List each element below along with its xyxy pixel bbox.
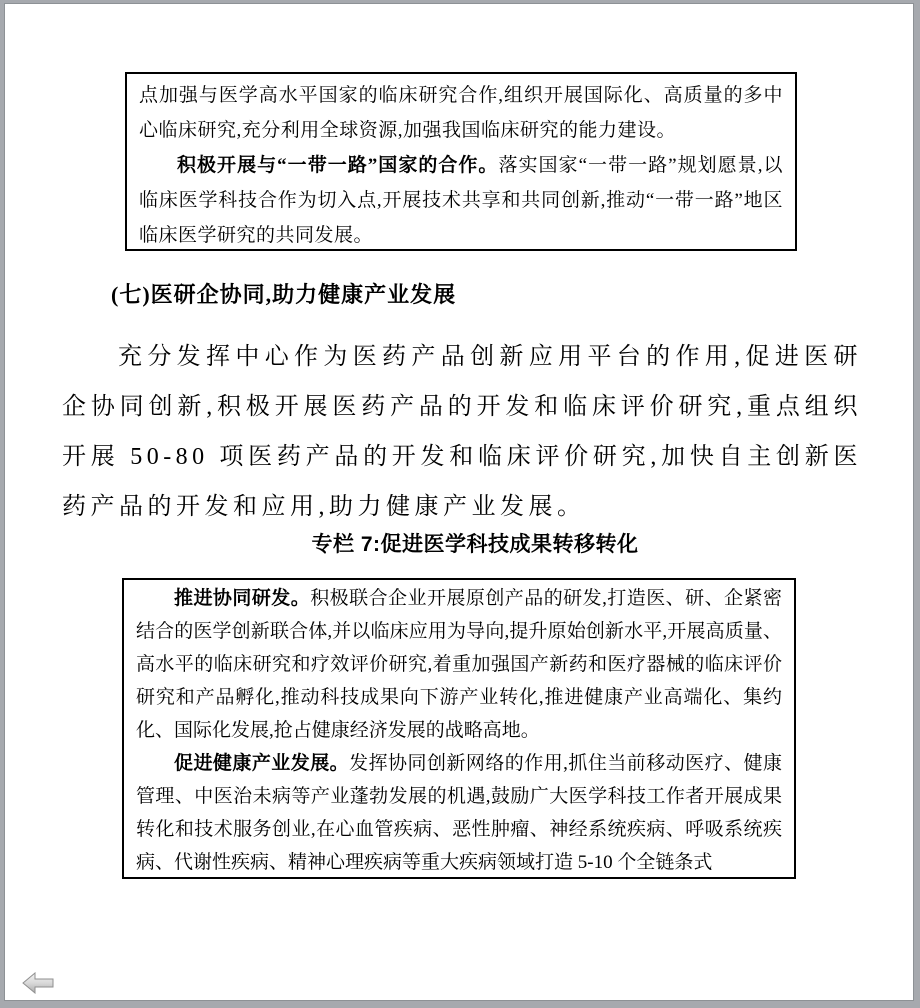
box2-paragraph-1-text: 积极联合企业开展原创产品的研发,打造医、研、企紧密结合的医学创新联合体,并以临床… — [136, 588, 782, 741]
callout-box-international-cooperation: 点加强与医学高水平国家的临床研究合作,组织开展国际化、高质量的多中心临床研究,充… — [125, 72, 797, 251]
box1-paragraph-2-lead: 积极开展与“一带一路”国家的合作。 — [177, 155, 498, 176]
previous-page-arrow-icon[interactable] — [22, 972, 54, 994]
box1-paragraph-1-text: 点加强与医学高水平国家的临床研究合作,组织开展国际化、高质量的多中心临床研究,充… — [139, 85, 783, 141]
box2-paragraph-collaborative-rd: 推进协同研发。积极联合企业开展原创产品的研发,打造医、研、企紧密结合的医学创新联… — [136, 582, 782, 747]
box1-paragraph-continuation: 点加强与医学高水平国家的临床研究合作,组织开展国际化、高质量的多中心临床研究,充… — [139, 78, 783, 148]
box2-paragraph-2-lead: 促进健康产业发展。 — [174, 753, 349, 774]
box2-paragraph-1-lead: 推进协同研发。 — [174, 588, 310, 609]
section-body-paragraph: 充分发挥中心作为医药产品创新应用平台的作用,促进医研企协同创新,积极开展医药产品… — [62, 332, 862, 532]
box2-paragraph-health-industry: 促进健康产业发展。发挥协同创新网络的作用,抓住当前移动医疗、健康管理、中医治未病… — [136, 747, 782, 879]
callout-box-column-7: 推进协同研发。积极联合企业开展原创产品的研发,打造医、研、企紧密结合的医学创新联… — [122, 578, 796, 879]
column-7-title: 专栏 7:促进医学科技成果转移转化 — [125, 528, 825, 558]
document-viewer: { "colors": { "frame_gray": "#a6a9ae", "… — [0, 0, 920, 1008]
box1-paragraph-belt-road: 积极开展与“一带一路”国家的合作。落实国家“一带一路”规划愿景,以临床医学科技合… — [139, 148, 783, 251]
section-heading-7: (七)医研企协同,助力健康产业发展 — [111, 278, 456, 309]
document-page: 点加强与医学高水平国家的临床研究合作,组织开展国际化、高质量的多中心临床研究,充… — [5, 4, 913, 1000]
